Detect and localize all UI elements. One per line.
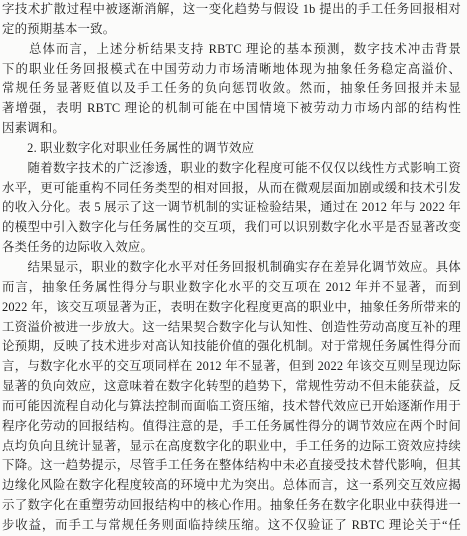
text-line: 水平，更可能重构不同任务类型的相对回报，从而在微观层面加剧或缓和技术引发 xyxy=(2,179,461,199)
text-line: 结果显示，职业的数字化水平对任务回报机制确实存在差异化调节效应。具体 xyxy=(2,258,461,278)
text-line: 步收益，而手工与常规任务则面临持续压缩。这不仅验证了 RBTC 理论关于“任 xyxy=(2,516,461,536)
section-heading-line: 2. 职业数字化对职业任务属性的调节效应 xyxy=(2,139,461,159)
text-line: 的模型中引入数字化与任务属性的交互项，我们可以识别数字化水平是否显著改变 xyxy=(2,218,461,238)
text-line: 下的职业任务回报模式在中国劳动力市场清晰地体现为抽象任务稳定高溢价、 xyxy=(2,60,461,80)
text-line: 论预期，反映了技术进步对高认知技能价值的强化机制。对于常规任务属性得分而 xyxy=(2,337,461,357)
text-line: 总体而言，上述分析结果支持 RBTC 理论的基本预测，数字技术冲击背景 xyxy=(2,40,461,60)
text-line: 各类任务的边际收入效应。 xyxy=(2,238,461,258)
text-line: 示了数字化在重塑劳动回报结构中的核心作用。抽象任务在数字化职业中获得进一 xyxy=(2,496,461,516)
text-line: 程序化劳动的回报结构。值得注意的是，手工任务属性得分的调节效应在两个时间 xyxy=(2,417,461,437)
text-line: 言，与数字化水平的交互项同样在 2012 年不显著，但到 2022 年该交互则呈… xyxy=(2,357,461,377)
text-line: 点均负向且统计显著，显示在高度数字化的职业中，手工任务的边际工资效应持续 xyxy=(2,437,461,457)
text-line: 常规任务显著贬值以及手工任务的负向惩罚收敛。然而，抽象任务回报并未显 xyxy=(2,79,461,99)
text-line: 而言，抽象任务属性得分与职业数字化水平的交互项在 2012 年并不显著，而到 xyxy=(2,278,461,298)
page-text-block: 字技术扩散过程中被逐渐消解，这一变化趋势与假设 1b 提出的手工任务回报相对稳定… xyxy=(0,0,467,536)
text-line: 著增强，表明 RBTC 理论的机制可能在中国情境下被劳动力市场内部的结构性 xyxy=(2,99,461,119)
text-line: 定的预期基本一致。 xyxy=(2,20,461,40)
text-line: 边缘化风险在数字化程度较高的环境中尤为突出。总体而言，这一系列交互效应揭 xyxy=(2,476,461,496)
text-line: 显著的负向效应，这意味着在数字化转型的趋势下，常规性劳动不但未能获益，反 xyxy=(2,377,461,397)
text-line: 字技术扩散过程中被逐渐消解，这一变化趋势与假设 1b 提出的手工任务回报相对稳 xyxy=(2,0,461,20)
text-line: 随着数字技术的广泛渗透，职业的数字化程度可能不仅仅以线性方式影响工资 xyxy=(2,159,461,179)
text-line: 2022 年，该交互项显著为正，表明在数字化程度更高的职业中，抽象任务所带来的 xyxy=(2,298,461,318)
document-page: 字技术扩散过程中被逐渐消解，这一变化趋势与假设 1b 提出的手工任务回报相对稳定… xyxy=(0,0,467,536)
text-line: 下降。这一趋势提示，尽管手工任务在整体结构中未必直接受技术替代影响，但其 xyxy=(2,456,461,476)
text-line: 因素调和。 xyxy=(2,119,461,139)
text-line: 的收入分化。表 5 展示了这一调节机制的实证检验结果，通过在 2012 年与 2… xyxy=(2,198,461,218)
text-line: 工资溢价被进一步放大。这一结果契合数字化与认知性、创造性劳动高度互补的理 xyxy=(2,318,461,338)
text-line: 而可能因流程自动化与算法控制而面临工资压缩，技术替代效应已开始逐渐作用于 xyxy=(2,397,461,417)
